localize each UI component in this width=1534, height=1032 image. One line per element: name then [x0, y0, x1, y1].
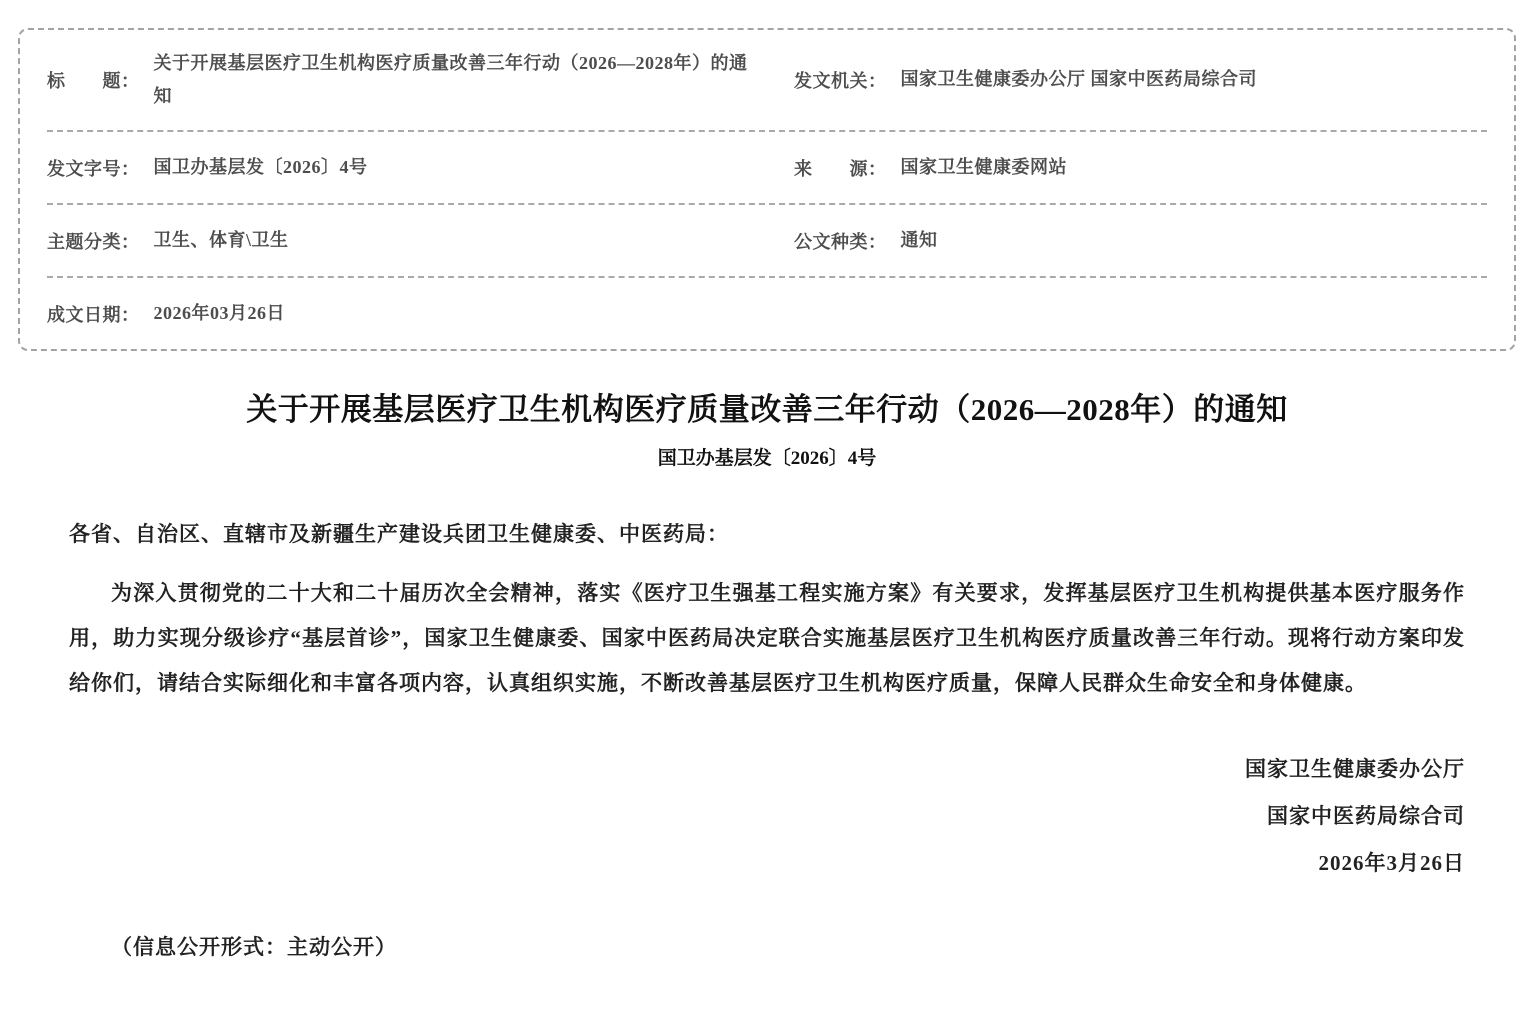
signature-date: 2026年3月26日: [69, 840, 1465, 887]
meta-value-subject-category: 卫生、体育\卫生: [154, 224, 289, 257]
meta-cell-issuing-agency: 发文机关： 国家卫生健康委办公厅 国家中医药局综合司: [767, 30, 1514, 130]
meta-label-subject-category: 主题分类：: [47, 228, 140, 254]
meta-cell-empty: [767, 278, 1514, 349]
meta-cell-written-date: 成文日期： 2026年03月26日: [20, 278, 767, 349]
meta-label-source: 来 源：: [794, 155, 887, 181]
document-body: 关于开展基层医疗卫生机构医疗质量改善三年行动（2026—2028年）的通知 国卫…: [0, 384, 1534, 961]
signature-block: 国家卫生健康委办公厅 国家中医药局综合司 2026年3月26日: [69, 746, 1465, 887]
signature-org-2: 国家中医药局综合司: [69, 793, 1465, 840]
meta-row-date: 成文日期： 2026年03月26日: [20, 278, 1514, 349]
meta-row-doc-number: 发文字号： 国卫办基层发〔2026〕4号 来 源： 国家卫生健康委网站: [20, 132, 1514, 203]
meta-value-issuing-agency: 国家卫生健康委办公厅 国家中医药局综合司: [901, 63, 1258, 96]
meta-value-document-type: 通知: [901, 224, 938, 257]
body-paragraph: 为深入贯彻党的二十大和二十届历次全会精神，落实《医疗卫生强基工程实施方案》有关要…: [69, 571, 1465, 706]
meta-row-title: 标 题： 关于开展基层医疗卫生机构医疗质量改善三年行动（2026—2028年）的…: [20, 30, 1514, 130]
meta-cell-title: 标 题： 关于开展基层医疗卫生机构医疗质量改善三年行动（2026—2028年）的…: [20, 30, 767, 130]
meta-cell-document-type: 公文种类： 通知: [767, 205, 1514, 276]
meta-label-issuing-agency: 发文机关：: [794, 67, 887, 93]
meta-value-written-date: 2026年03月26日: [154, 297, 286, 330]
meta-label-written-date: 成文日期：: [47, 301, 140, 327]
meta-cell-subject-category: 主题分类： 卫生、体育\卫生: [20, 205, 767, 276]
meta-row-category: 主题分类： 卫生、体育\卫生 公文种类： 通知: [20, 205, 1514, 276]
meta-value-source: 国家卫生健康委网站: [901, 151, 1068, 184]
signature-org-1: 国家卫生健康委办公厅: [69, 746, 1465, 793]
meta-cell-doc-number: 发文字号： 国卫办基层发〔2026〕4号: [20, 132, 767, 203]
meta-value-title: 关于开展基层医疗卫生机构医疗质量改善三年行动（2026—2028年）的通知: [154, 47, 752, 114]
meta-cell-source: 来 源： 国家卫生健康委网站: [767, 132, 1514, 203]
meta-label-doc-number: 发文字号：: [47, 155, 140, 181]
meta-value-doc-number: 国卫办基层发〔2026〕4号: [154, 151, 368, 184]
page-title: 关于开展基层医疗卫生机构医疗质量改善三年行动（2026—2028年）的通知: [69, 384, 1465, 429]
meta-label-title: 标 题：: [47, 67, 140, 93]
disclosure-note: （信息公开形式：主动公开）: [69, 931, 1465, 961]
document-meta-table: 标 题： 关于开展基层医疗卫生机构医疗质量改善三年行动（2026—2028年）的…: [18, 28, 1516, 351]
meta-label-document-type: 公文种类：: [794, 228, 887, 254]
salutation-line: 各省、自治区、直辖市及新疆生产建设兵团卫生健康委、中医药局：: [69, 518, 1465, 548]
doc-number-line: 国卫办基层发〔2026〕4号: [69, 443, 1465, 470]
